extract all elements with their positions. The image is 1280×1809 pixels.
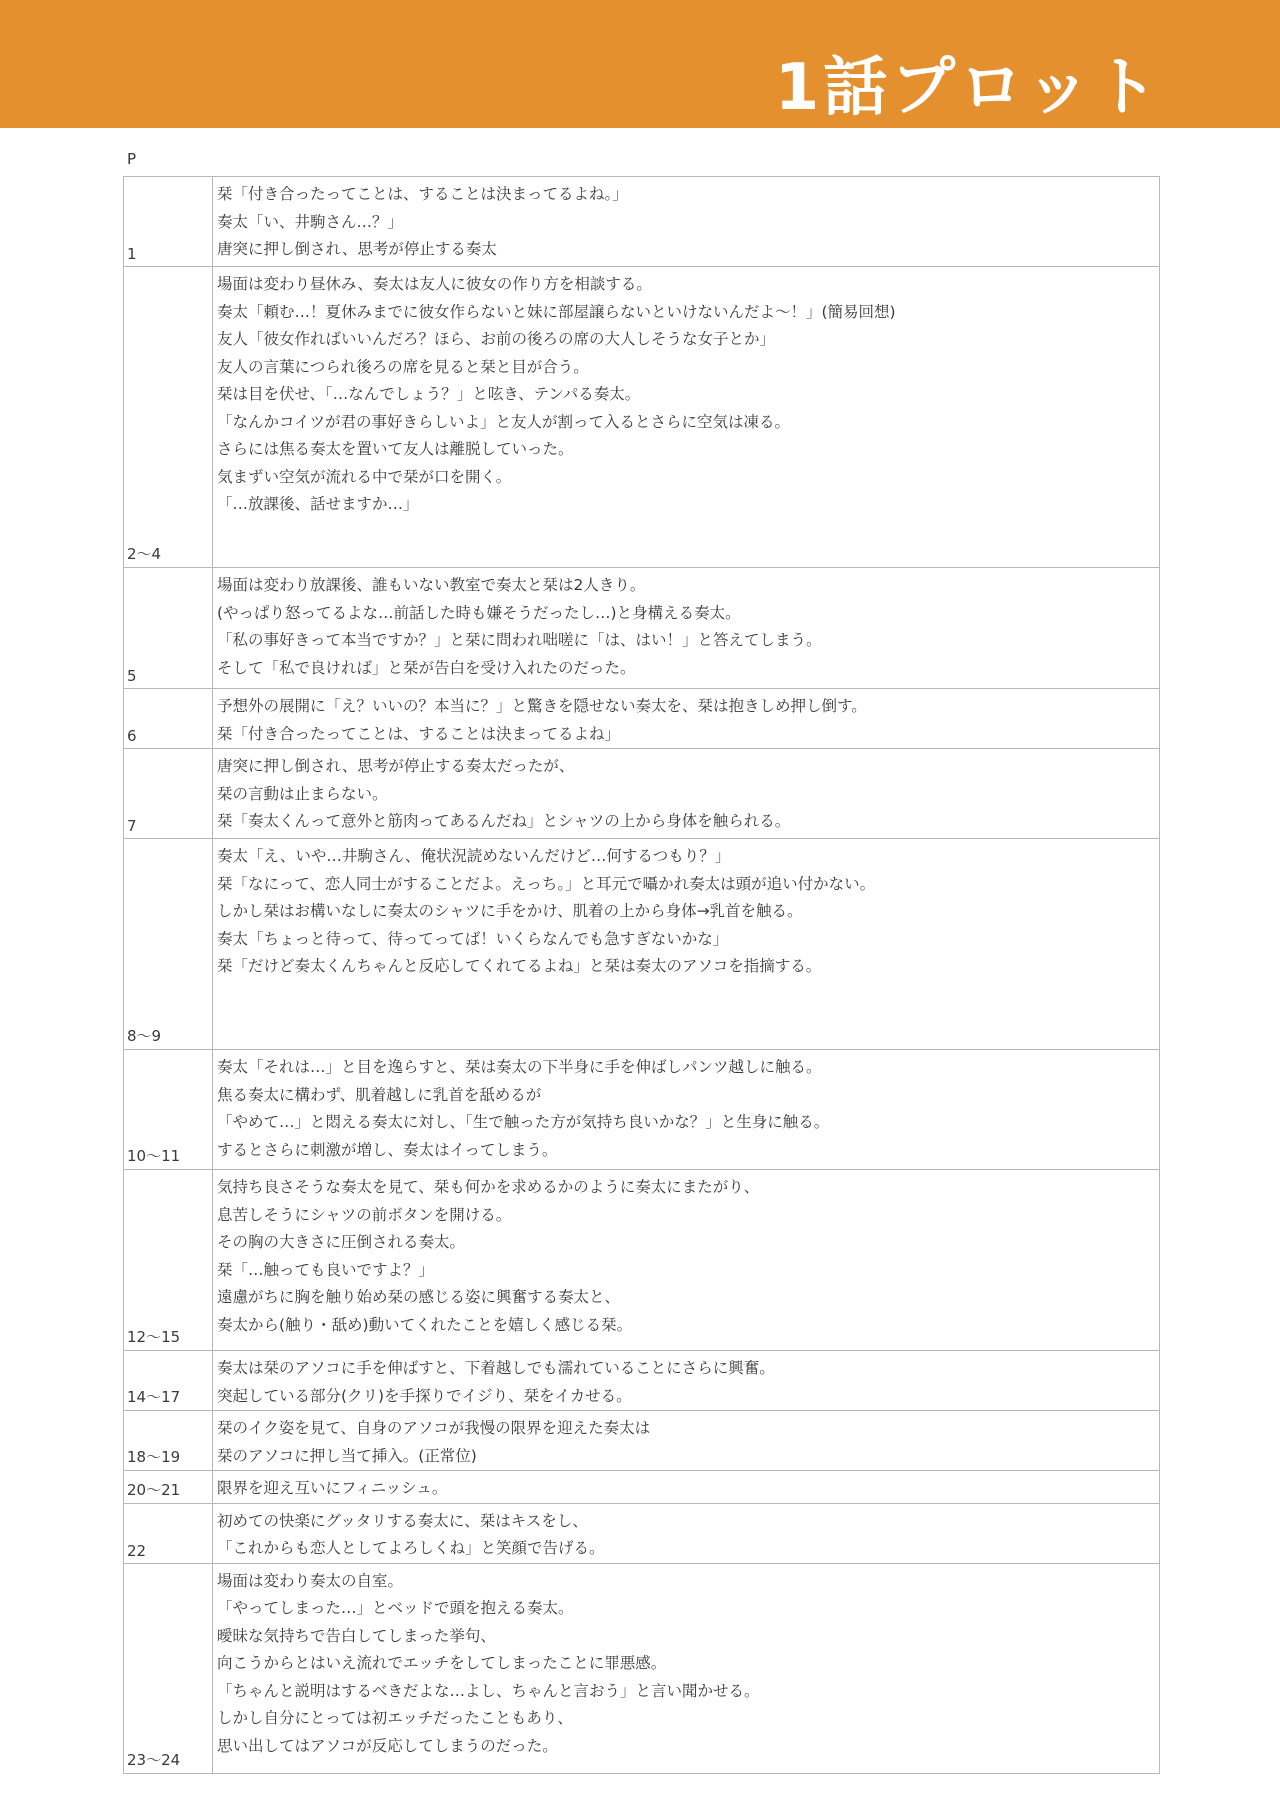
plot-line: 栞「…触っても良いですよ？」 xyxy=(217,1257,1159,1285)
table-row: 23～24場面は変わり奏太の自室。「やってしまった…」とベッドで頭を抱える奏太。… xyxy=(124,1563,1160,1773)
plot-line: 限界を迎え互いにフィニッシュ。 xyxy=(217,1475,1159,1503)
table-row: 2～4場面は変わり昼休み、奏太は友人に彼女の作り方を相談する。奏太「頼む…！夏休… xyxy=(124,267,1160,568)
plot-line: 栞のアソコに押し当て挿入。(正常位) xyxy=(217,1443,1159,1471)
plot-line: 場面は変わり奏太の自室。 xyxy=(217,1568,1159,1596)
page-title: 1話プロット xyxy=(775,50,1162,126)
plot-line: 焦る奏太に構わず、肌着越しに乳首を舐めるが xyxy=(217,1082,1159,1110)
plot-line: 栞は目を伏せ、「…なんでしょう？」と呟き、テンパる奏太。 xyxy=(217,381,1159,409)
plot-line: 場面は変わり昼休み、奏太は友人に彼女の作り方を相談する。 xyxy=(217,271,1159,299)
table-row: 22初めての快楽にグッタリする奏太に、栞はキスをし、「これからも恋人としてよろし… xyxy=(124,1503,1160,1563)
plot-line: 突起している部分(クリ)を手探りでイジり、栞をイカせる。 xyxy=(217,1383,1159,1411)
page-number-cell: 18～19 xyxy=(124,1411,213,1471)
page-column-label: P xyxy=(127,150,136,168)
plot-description-cell: 唐突に押し倒され、思考が停止する奏太だったが、栞の言動は止まらない。栞「奏太くん… xyxy=(213,749,1160,839)
page-number: 2～4 xyxy=(127,545,161,563)
table-row: 14～17奏太は栞のアソコに手を伸ばすと、下着越しでも濡れていることにさらに興奮… xyxy=(124,1351,1160,1411)
plot-description-cell: 奏太「それは…」と目を逸らすと、栞は奏太の下半身に手を伸ばしパンツ越しに触る。焦… xyxy=(213,1050,1160,1170)
plot-line: 友人の言葉につられ後ろの席を見ると栞と目が合う。 xyxy=(217,354,1159,382)
plot-line: しかし自分にとっては初エッチだったこともあり、 xyxy=(217,1705,1159,1733)
plot-line: 遠慮がちに胸を触り始め栞の感じる姿に興奮する奏太と、 xyxy=(217,1284,1159,1312)
plot-line: 「ちゃんと説明はするべきだよな…よし、ちゃんと言おう」と言い聞かせる。 xyxy=(217,1678,1159,1706)
plot-line: 友人「彼女作ればいいんだろ？ほら、お前の後ろの席の大人しそうな女子とか」 xyxy=(217,326,1159,354)
page-number: 1 xyxy=(127,245,137,263)
table-row: 1栞「付き合ったってことは、することは決まってるよね。」奏太「い、井駒さん…？」… xyxy=(124,177,1160,267)
plot-description-cell: 限界を迎え互いにフィニッシュ。 xyxy=(213,1471,1160,1504)
plot-line: 場面は変わり放課後、誰もいない教室で奏太と栞は2人きり。 xyxy=(217,572,1159,600)
plot-line: 栞「付き合ったってことは、することは決まってるよね。」 xyxy=(217,181,1159,209)
plot-line: さらには焦る奏太を置いて友人は離脱していった。 xyxy=(217,436,1159,464)
plot-line: 奏太は栞のアソコに手を伸ばすと、下着越しでも濡れていることにさらに興奮。 xyxy=(217,1355,1159,1383)
page-number: 5 xyxy=(127,667,137,685)
page-number: 8～9 xyxy=(127,1027,161,1045)
plot-line: するとさらに刺激が増し、奏太はイってしまう。 xyxy=(217,1137,1159,1165)
table-row: 5場面は変わり放課後、誰もいない教室で奏太と栞は2人きり。(やっぱり怒ってるよな… xyxy=(124,568,1160,689)
page-number-cell: 12～15 xyxy=(124,1170,213,1351)
table-row: 10～11奏太「それは…」と目を逸らすと、栞は奏太の下半身に手を伸ばしパンツ越し… xyxy=(124,1050,1160,1170)
page-number: 6 xyxy=(127,727,137,745)
plot-table: 1栞「付き合ったってことは、することは決まってるよね。」奏太「い、井駒さん…？」… xyxy=(123,176,1160,1774)
page-number: 22 xyxy=(127,1542,146,1560)
page-number-cell: 7 xyxy=(124,749,213,839)
plot-line: 「私の事好きって本当ですか？」と栞に問われ咄嗟に「は、はい！」と答えてしまう。 xyxy=(217,627,1159,655)
plot-line: 向こうからとはいえ流れでエッチをしてしまったことに罪悪感。 xyxy=(217,1650,1159,1678)
plot-description-cell: 奏太「え、いや…井駒さん、俺状況読めないんだけど…何するつもり？」栞「なにって、… xyxy=(213,839,1160,1050)
plot-line: 気持ち良さそうな奏太を見て、栞も何かを求めるかのように奏太にまたがり、 xyxy=(217,1174,1159,1202)
page-number-cell: 8～9 xyxy=(124,839,213,1050)
plot-description-cell: 栞「付き合ったってことは、することは決まってるよね。」奏太「い、井駒さん…？」唐… xyxy=(213,177,1160,267)
plot-line: 奏太「頼む…！夏休みまでに彼女作らないと妹に部屋譲らないといけないんだよ～！」(… xyxy=(217,299,1159,327)
table-row: 20～21限界を迎え互いにフィニッシュ。 xyxy=(124,1471,1160,1504)
plot-description-cell: 場面は変わり放課後、誰もいない教室で奏太と栞は2人きり。(やっぱり怒ってるよな…… xyxy=(213,568,1160,689)
plot-line: そして「私で良ければ」と栞が告白を受け入れたのだった。 xyxy=(217,655,1159,683)
plot-description-cell: 気持ち良さそうな奏太を見て、栞も何かを求めるかのように奏太にまたがり、息苦しそう… xyxy=(213,1170,1160,1351)
plot-description-cell: 奏太は栞のアソコに手を伸ばすと、下着越しでも濡れていることにさらに興奮。突起して… xyxy=(213,1351,1160,1411)
plot-description-cell: 場面は変わり奏太の自室。「やってしまった…」とベッドで頭を抱える奏太。曖昧な気持… xyxy=(213,1563,1160,1773)
plot-line: 予想外の展開に「え？いいの？本当に？」と驚きを隠せない奏太を、栞は抱きしめ押し倒… xyxy=(217,693,1159,721)
page-number-cell: 23～24 xyxy=(124,1563,213,1773)
plot-description-cell: 予想外の展開に「え？いいの？本当に？」と驚きを隠せない奏太を、栞は抱きしめ押し倒… xyxy=(213,689,1160,749)
plot-line: しかし栞はお構いなしに奏太のシャツに手をかけ、肌着の上から身体→乳首を触る。 xyxy=(217,898,1159,926)
page-number-cell: 6 xyxy=(124,689,213,749)
plot-line: 唐突に押し倒され、思考が停止する奏太だったが、 xyxy=(217,753,1159,781)
plot-line: 奏太「ちょっと待って、待ってってば！いくらなんでも急すぎないかな」 xyxy=(217,926,1159,954)
table-row: 18～19栞のイク姿を見て、自身のアソコが我慢の限界を迎えた奏太は栞のアソコに押… xyxy=(124,1411,1160,1471)
plot-line: 栞「付き合ったってことは、することは決まってるよね」 xyxy=(217,721,1159,749)
header-bar: 1話プロット xyxy=(0,0,1280,128)
plot-line: 初めての快楽にグッタリする奏太に、栞はキスをし、 xyxy=(217,1508,1159,1536)
plot-line: 栞のイク姿を見て、自身のアソコが我慢の限界を迎えた奏太は xyxy=(217,1415,1159,1443)
page-number: 7 xyxy=(127,817,137,835)
table-row: 8～9奏太「え、いや…井駒さん、俺状況読めないんだけど…何するつもり？」栞「なに… xyxy=(124,839,1160,1050)
plot-line: 栞「なにって、恋人同士がすることだよ。えっち。」と耳元で囁かれ奏太は頭が追い付か… xyxy=(217,871,1159,899)
page-number: 18～19 xyxy=(127,1448,180,1466)
plot-line: 曖昧な気持ちで告白してしまった挙句、 xyxy=(217,1623,1159,1651)
page-number: 14～17 xyxy=(127,1388,180,1406)
page-number: 12～15 xyxy=(127,1328,180,1346)
plot-line: 栞「奏太くんって意外と筋肉ってあるんだね」とシャツの上から身体を触られる。 xyxy=(217,808,1159,836)
plot-line: 「なんかコイツが君の事好きらしいよ」と友人が割って入るとさらに空気は凍る。 xyxy=(217,409,1159,437)
page-number-cell: 20～21 xyxy=(124,1471,213,1504)
page-number-cell: 5 xyxy=(124,568,213,689)
plot-line: 「やめて…」と悶える奏太に対し、「生で触った方が気持ち良いかな？」と生身に触る。 xyxy=(217,1109,1159,1137)
plot-table-body: 1栞「付き合ったってことは、することは決まってるよね。」奏太「い、井駒さん…？」… xyxy=(124,177,1160,1774)
plot-line: 栞「だけど奏太くんちゃんと反応してくれてるよね」と栞は奏太のアソコを指摘する。 xyxy=(217,953,1159,981)
plot-line: 唐突に押し倒され、思考が停止する奏太 xyxy=(217,236,1159,264)
plot-line: 「これからも恋人としてよろしくね」と笑顔で告げる。 xyxy=(217,1535,1159,1563)
page-number: 20～21 xyxy=(127,1481,180,1499)
page-number-cell: 22 xyxy=(124,1503,213,1563)
plot-line: 息苦しそうにシャツの前ボタンを開ける。 xyxy=(217,1202,1159,1230)
plot-line: 気まずい空気が流れる中で栞が口を開く。 xyxy=(217,464,1159,492)
plot-line: 栞の言動は止まらない。 xyxy=(217,781,1159,809)
plot-line: 奏太から(触り・舐め)動いてくれたことを嬉しく感じる栞。 xyxy=(217,1312,1159,1340)
page-number-cell: 1 xyxy=(124,177,213,267)
page-number-cell: 10～11 xyxy=(124,1050,213,1170)
table-row: 12～15気持ち良さそうな奏太を見て、栞も何かを求めるかのように奏太にまたがり、… xyxy=(124,1170,1160,1351)
plot-description-cell: 場面は変わり昼休み、奏太は友人に彼女の作り方を相談する。奏太「頼む…！夏休みまで… xyxy=(213,267,1160,568)
plot-line: 「やってしまった…」とベッドで頭を抱える奏太。 xyxy=(217,1595,1159,1623)
table-row: 6予想外の展開に「え？いいの？本当に？」と驚きを隠せない奏太を、栞は抱きしめ押し… xyxy=(124,689,1160,749)
plot-line: (やっぱり怒ってるよな…前話した時も嫌そうだったし…)と身構える奏太。 xyxy=(217,600,1159,628)
page-number: 10～11 xyxy=(127,1147,180,1165)
plot-line: 奏太「それは…」と目を逸らすと、栞は奏太の下半身に手を伸ばしパンツ越しに触る。 xyxy=(217,1054,1159,1082)
plot-description-cell: 栞のイク姿を見て、自身のアソコが我慢の限界を迎えた奏太は栞のアソコに押し当て挿入… xyxy=(213,1411,1160,1471)
plot-line: 「…放課後、話せますか…」 xyxy=(217,491,1159,519)
page-number-cell: 2～4 xyxy=(124,267,213,568)
plot-line: 奏太「い、井駒さん…？」 xyxy=(217,209,1159,237)
plot-line: 思い出してはアソコが反応してしまうのだった。 xyxy=(217,1733,1159,1761)
plot-line: その胸の大きさに圧倒される奏太。 xyxy=(217,1229,1159,1257)
page-number-cell: 14～17 xyxy=(124,1351,213,1411)
plot-line: 奏太「え、いや…井駒さん、俺状況読めないんだけど…何するつもり？」 xyxy=(217,843,1159,871)
table-row: 7唐突に押し倒され、思考が停止する奏太だったが、栞の言動は止まらない。栞「奏太く… xyxy=(124,749,1160,839)
page-number: 23～24 xyxy=(127,1751,180,1769)
plot-description-cell: 初めての快楽にグッタリする奏太に、栞はキスをし、「これからも恋人としてよろしくね… xyxy=(213,1503,1160,1563)
